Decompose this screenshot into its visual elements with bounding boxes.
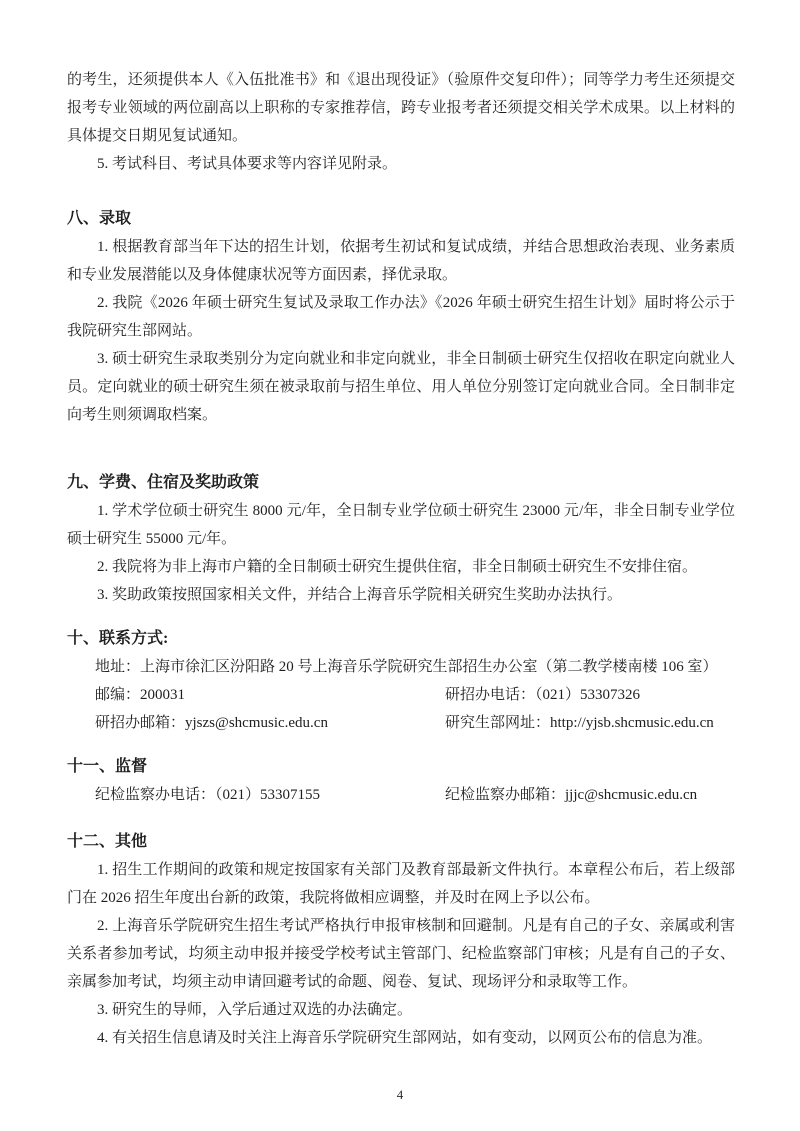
section-9-paragraph-3: 3. 奖助政策按照国家相关文件，并结合上海音乐学院相关研究生奖助办法执行。 [67,581,735,609]
discipline-phone: 纪检监察办电话：（021）53307155 [95,781,445,809]
document-content: 的考生，还须提供本人《入伍批准书》和《退出现役证》（验原件交复印件）；同等学力考… [67,66,735,1052]
document-page: 的考生，还须提供本人《入伍批准书》和《退出现役证》（验原件交复印件）；同等学力考… [0,0,800,1131]
section-8-paragraph-3: 3. 硕士研究生录取类别分为定向就业和非定向就业，非全日制硕士研究生仅招收在职定… [67,345,735,429]
section-12-paragraph-2: 2. 上海音乐学院研究生招生考试严格执行申报审核制和回避制。凡是有自己的子女、亲… [67,912,735,996]
section-12-paragraph-1: 1. 招生工作期间的政策和规定按国家有关部门及教育部最新文件执行。本章程公布后，… [67,856,735,912]
section-9-title: 九、学费、住宿及奖助政策 [67,469,735,497]
page-number: 4 [0,1087,800,1103]
section-8-admission: 八、录取 1. 根据教育部当年下达的招生计划，依据考生初试和复试成绩，并结合思想… [67,205,735,429]
section-9-paragraph-1: 1. 学术学位硕士研究生 8000 元/年，全日制专业学位硕士研究生 23000… [67,497,735,553]
section-8-title: 八、录取 [67,205,735,233]
section-10-contact: 十、联系方式: 地址：上海市徐汇区汾阳路 20 号上海音乐学院研究生部招生办公室… [67,625,735,737]
section-10-title: 十、联系方式: [67,625,735,653]
supervision-row: 纪检监察办电话：（021）53307155 纪检监察办邮箱：jjjc@shcmu… [67,781,735,809]
contact-address: 地址：上海市徐汇区汾阳路 20 号上海音乐学院研究生部招生办公室（第二教学楼南楼… [67,653,735,681]
discipline-email: 纪检监察办邮箱：jjjc@shcmusic.edu.cn [445,781,735,809]
section-9-tuition: 九、学费、住宿及奖助政策 1. 学术学位硕士研究生 8000 元/年，全日制专业… [67,469,735,609]
contact-row-2: 研招办邮箱：yjszs@shcmusic.edu.cn 研究生部网址：http:… [67,709,735,737]
intro-item5-paragraph: 5. 考试科目、考试具体要求等内容详见附录。 [67,150,735,178]
section-8-paragraph-1: 1. 根据教育部当年下达的招生计划，依据考生初试和复试成绩，并结合思想政治表现、… [67,233,735,289]
section-8-paragraph-2: 2. 我院《2026 年硕士研究生复试及录取工作办法》《2026 年硕士研究生招… [67,289,735,345]
section-12-paragraph-4: 4. 有关招生信息请及时关注上海音乐学院研究生部网站，如有变动，以网页公布的信息… [67,1024,735,1052]
contact-row-1: 邮编：200031 研招办电话：（021）53307326 [67,681,735,709]
contact-website: 研究生部网址：http://yjsb.shcmusic.edu.cn [445,709,735,737]
intro-continuation-paragraph: 的考生，还须提供本人《入伍批准书》和《退出现役证》（验原件交复印件）；同等学力考… [67,66,735,150]
section-12-paragraph-3: 3. 研究生的导师，入学后通过双选的办法确定。 [67,996,735,1024]
section-11-title: 十一、监督 [67,753,735,781]
contact-postcode: 邮编：200031 [95,681,445,709]
section-12-others: 十二、其他 1. 招生工作期间的政策和规定按国家有关部门及教育部最新文件执行。本… [67,828,735,1052]
section-9-paragraph-2: 2. 我院将为非上海市户籍的全日制硕士研究生提供住宿，非全日制硕士研究生不安排住… [67,553,735,581]
section-11-supervision: 十一、监督 纪检监察办电话：（021）53307155 纪检监察办邮箱：jjjc… [67,753,735,809]
contact-admission-phone: 研招办电话：（021）53307326 [445,681,735,709]
contact-admission-email: 研招办邮箱：yjszs@shcmusic.edu.cn [95,709,445,737]
section-12-title: 十二、其他 [67,828,735,856]
